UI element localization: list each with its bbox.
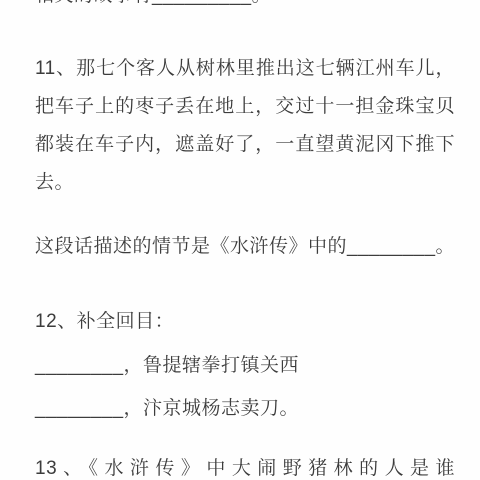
question-11-line-4: 去。 xyxy=(35,164,455,202)
question-13-clipped-line: 13、《水浒传》中大闹野猪林的人是谁 xyxy=(35,450,455,480)
question-11-line-3: 都装在车子内，遮盖好了，一直望黄泥冈下推下 xyxy=(35,126,455,164)
question-12-blank-line-2: ________，汴京城杨志卖刀。 xyxy=(35,390,455,428)
worksheet-page: 相关的故事有_________。 11、那七个客人从树林里推出这七辆江州车儿， … xyxy=(0,0,480,480)
question-11-line-1: 11、那七个客人从树林里推出这七辆江州车儿， xyxy=(35,50,455,88)
question-12-blank-line-1: ________，鲁提辖拳打镇关西 xyxy=(35,347,455,385)
question-12-heading: 12、补全回目： xyxy=(35,303,455,341)
question-11-line-2: 把车子上的枣子丢在地上，交过十一担金珠宝贝 xyxy=(35,88,455,126)
clipped-top-line: 相关的故事有_________。 xyxy=(35,0,455,15)
question-11-answer-prompt: 这段话描述的情节是《水浒传》中的________。 xyxy=(35,228,455,266)
